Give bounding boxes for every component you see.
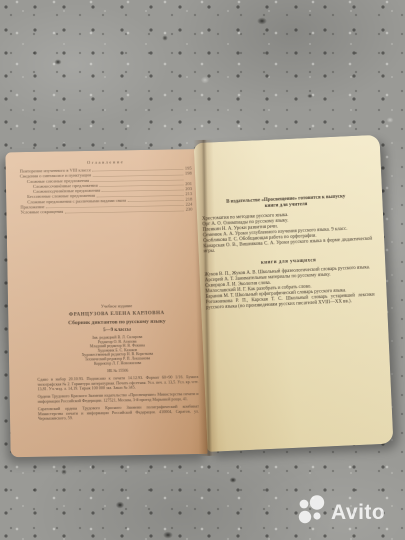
avito-wordmark: Avito: [331, 501, 385, 525]
colophon-paragraph: Саратовский ордена Трудового Красного Зн…: [38, 404, 199, 421]
toc-page-number: 230: [185, 207, 192, 212]
colophon-paragraph: Ордена Трудового Красного Знамени издате…: [38, 392, 199, 404]
avito-logo-icon: [296, 494, 326, 531]
edition-note: Учебное издание: [36, 302, 197, 310]
teacher-books-list: Хрестоматия по методике русского языка. …: [202, 209, 373, 255]
open-book: Оглавление Повторение изученного в VIII …: [3, 137, 395, 466]
imprint-block: Учебное издание ФРАНЦУЗОВА ЕЛЕНА КАРЛОВН…: [36, 302, 199, 421]
avito-watermark: Avito: [296, 494, 385, 531]
student-books-list: Жуков В. П., Жуков А. В. Школьный фразео…: [204, 265, 375, 311]
left-page: Оглавление Повторение изученного в VIII …: [5, 149, 207, 457]
colophon-paragraph: Сдано в набор 20.10.93. Подписано к печа…: [37, 375, 198, 392]
book-classes: 5—9 классы: [36, 326, 197, 334]
colophon: Сдано в набор 20.10.93. Подписано к печа…: [37, 375, 199, 421]
toc-page-number: 198: [185, 171, 192, 176]
toc-header: Оглавление: [20, 158, 192, 166]
right-page: В издательстве «Просвещение» готовится к…: [194, 135, 394, 452]
ib-number: ИБ № 15506: [37, 367, 198, 374]
toc-label: Условные сокращения: [20, 209, 63, 215]
table-of-contents: Оглавление Повторение изученного в VIII …: [20, 158, 193, 215]
book-author: ФРАНЦУЗОВА ЕЛЕНА КАРЛОВНА: [36, 310, 197, 318]
toc-dot-leader: [65, 211, 184, 214]
staff-credits: Зав. редакцией В. Л. Склярова Редактор О…: [37, 334, 199, 367]
announcements: В издательстве «Просвещение» готовится к…: [201, 192, 375, 310]
